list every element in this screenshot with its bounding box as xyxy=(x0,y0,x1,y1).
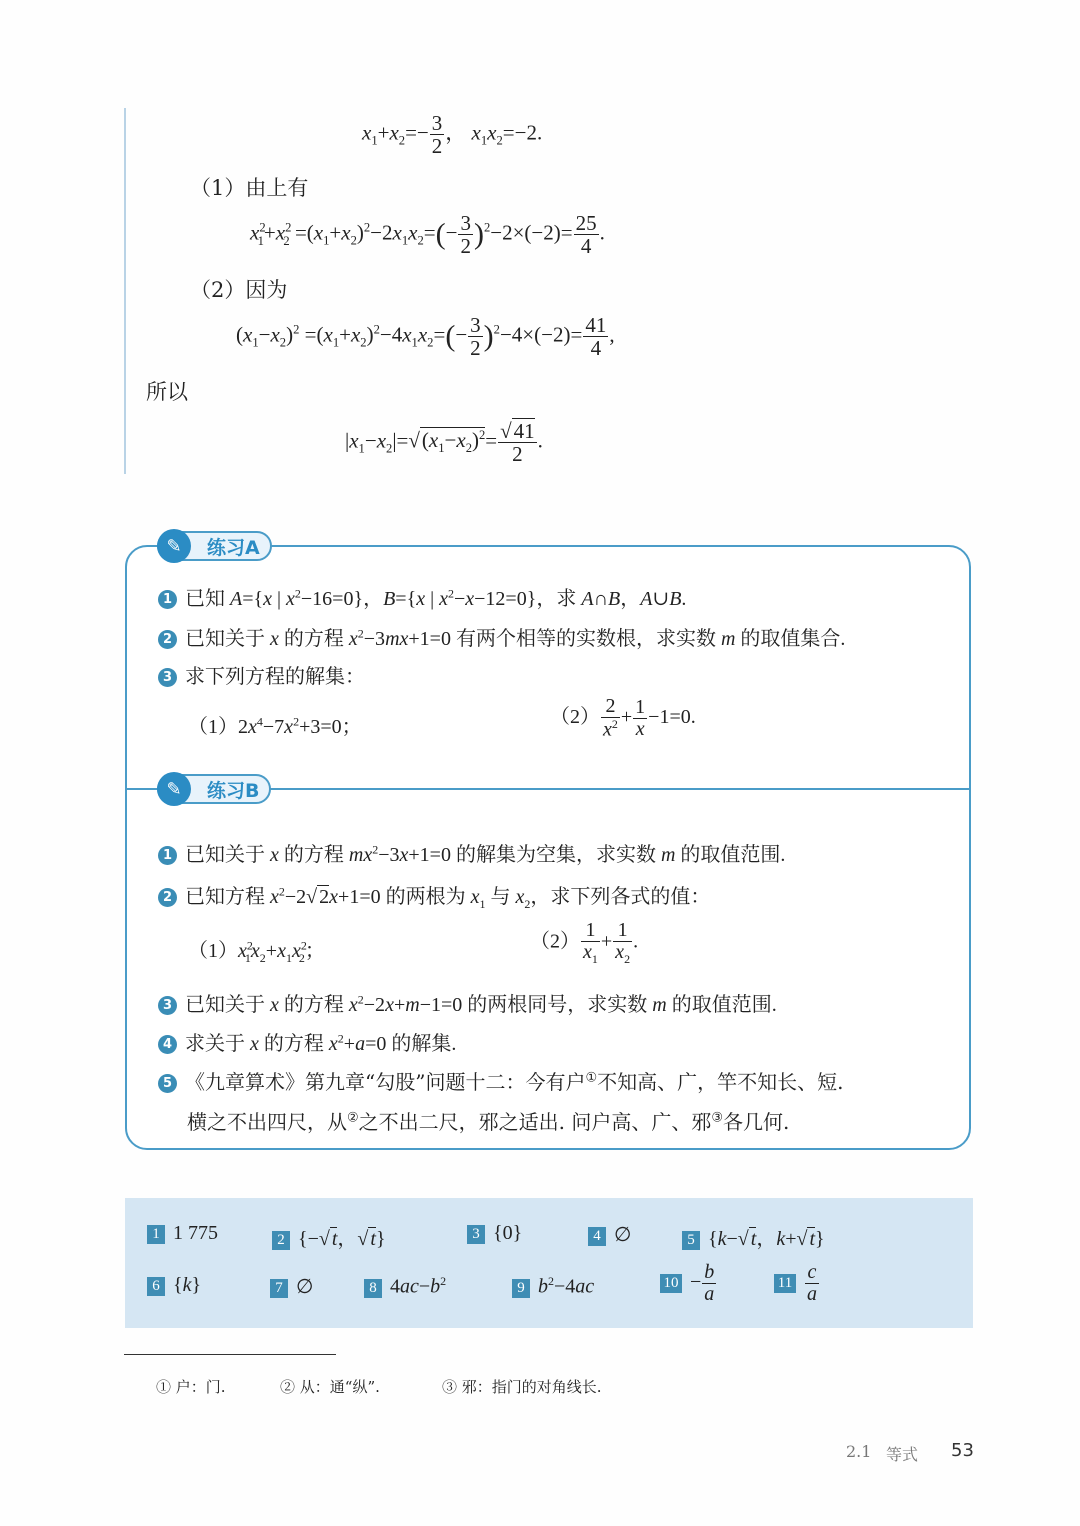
exercise-a-item-1: 1已知 A={x | x2−16=0}，B={x | x2−x−12=0}，求 … xyxy=(158,582,686,611)
exercise-b-sub-2: （2）1x1+1x2. xyxy=(530,920,638,966)
therefore-label: 所以 xyxy=(146,376,188,406)
footnote-ref-1: ① xyxy=(585,1070,597,1085)
final-equation: |x1−x2|=√(x1−x2)2=√412. xyxy=(345,420,543,465)
number-marker: 1 xyxy=(158,846,177,865)
footnote-ref-3: ③ xyxy=(711,1110,723,1125)
exercise-b-item-2: 2已知方程 x2−2√2x+1=0 的两根为 x1 与 x2，求下列各式的值： xyxy=(158,880,710,912)
footer-section-number: 2.1 xyxy=(846,1442,871,1461)
pencil-check-icon: ✎ xyxy=(157,529,191,563)
vieta-line: x1+x2=−32， x1x2=−2. xyxy=(362,112,542,157)
exercise-b-item-4: 4求关于 x 的方程 x2+a=0 的解集. xyxy=(158,1027,456,1056)
page-number: 53 xyxy=(951,1440,974,1461)
answer-2: 2{−√t，√t} xyxy=(272,1222,386,1251)
exercise-a-badge: ✎ 练习A xyxy=(157,531,272,561)
number-marker: 2 xyxy=(158,630,177,649)
footnote-2: ② 从：通“纵”. xyxy=(280,1376,380,1397)
exercise-a-item-3: 3求下列方程的解集： xyxy=(158,660,365,689)
pencil-check-icon: ✎ xyxy=(157,772,191,806)
answer-5: 5{k−√t，k+√t} xyxy=(682,1222,825,1251)
exercise-b-item-5: 5《九章算术》第九章“勾股”问题十二：今有户①不知高、广，竿不知长、短. xyxy=(158,1066,843,1095)
part2-equation: (x1−x2)2 =(x1+x2)2−4x1x2=(−32)2−4×(−2)=4… xyxy=(236,314,615,359)
part1-label: （1）由上有 xyxy=(190,172,308,202)
solution-margin-bar xyxy=(124,108,126,474)
answer-9: 9b2−4ac xyxy=(512,1274,594,1299)
number-marker: 3 xyxy=(158,668,177,687)
exercise-b-item-1: 1已知关于 x 的方程 mx2−3x+1=0 的解集为空集，求实数 m 的取值范… xyxy=(158,838,785,867)
answer-3: 3{0} xyxy=(467,1222,522,1245)
footnote-rule xyxy=(124,1354,336,1355)
exercise-b-item-3: 3已知关于 x 的方程 x2−2x+m−1=0 的两根同号，求实数 m 的取值范… xyxy=(158,988,777,1017)
exercise-b-sub-1: （1）x21x2+x1x22； xyxy=(188,934,325,966)
exercise-a-title: 练习A xyxy=(207,533,260,560)
part2-label: （2）因为 xyxy=(190,274,287,304)
footer-section-title: 等式 xyxy=(886,1442,918,1465)
exercise-b-badge: ✎ 练习B xyxy=(157,774,271,804)
exercise-a-sub-1: （1）2x4−7x2+3=0； xyxy=(188,710,362,739)
answer-1: 11 775 xyxy=(147,1222,218,1245)
number-marker: 5 xyxy=(158,1074,177,1093)
part1-equation: x21+x22 =(x1+x2)2−2x1x2=(−32)2−2×(−2)=25… xyxy=(250,212,605,257)
number-marker: 2 xyxy=(158,888,177,907)
number-marker: 4 xyxy=(158,1035,177,1054)
footnote-3: ③ 邪：指门的对角线长. xyxy=(442,1376,602,1397)
answer-10: 10−ba xyxy=(660,1262,717,1305)
answer-7: 7∅ xyxy=(270,1274,313,1299)
answer-8: 84ac−b2 xyxy=(364,1274,446,1299)
answer-6: 6{k} xyxy=(147,1274,201,1297)
exercise-b-title: 练习B xyxy=(207,776,259,803)
number-marker: 3 xyxy=(158,996,177,1015)
number-marker: 1 xyxy=(158,590,177,609)
answer-4: 4∅ xyxy=(588,1222,631,1247)
footnote-ref-2: ② xyxy=(347,1110,359,1125)
footnote-1: ① 户：门. xyxy=(156,1376,226,1397)
exercise-a-sub-2: （2）2x2+1x−1=0. xyxy=(550,696,696,741)
answers-panel xyxy=(125,1198,973,1328)
exercise-a-item-2: 2已知关于 x 的方程 x2−3mx+1=0 有两个相等的实数根，求实数 m 的… xyxy=(158,622,845,651)
exercise-b-item-5-cont: 横之不出四尺，从②之不出二尺，邪之适出. 问户高、广、邪③各几何. xyxy=(187,1106,789,1135)
answer-11: 11ca xyxy=(774,1262,820,1305)
